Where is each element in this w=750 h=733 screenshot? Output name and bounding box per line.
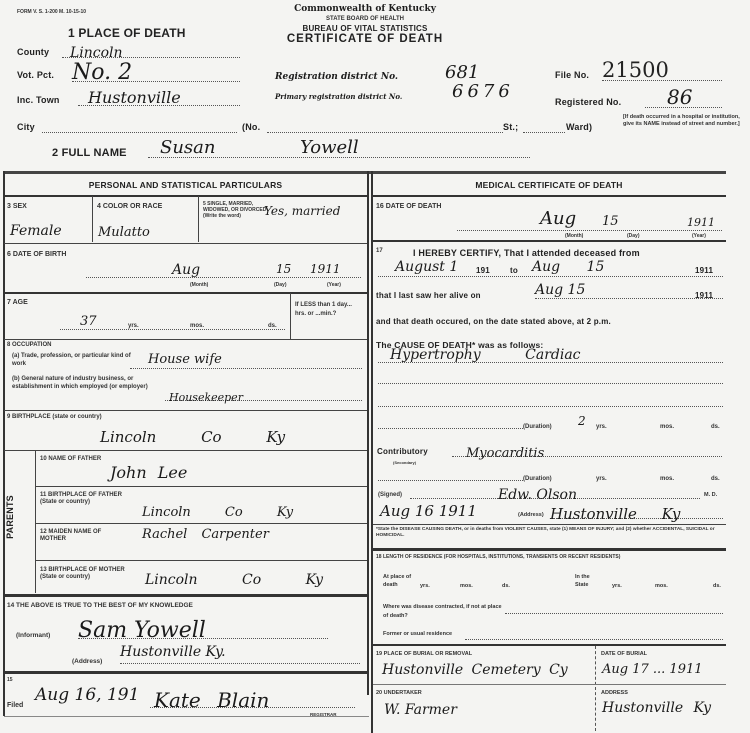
md-label: M. D. — [704, 492, 717, 499]
contributory-field: Myocarditis — [452, 444, 722, 457]
bureau-title: BUREAU OF VITAL STATISTICS — [260, 24, 470, 33]
street-number-label: (No. — [242, 122, 260, 132]
burial-date-value: Aug 17 ... 1911 — [602, 662, 703, 677]
vot-pct-value: No. 2 — [72, 60, 132, 85]
undertaker-label: 20 UNDERTAKER — [376, 690, 422, 697]
signed-address-value: Hustonville Ky — [550, 505, 680, 523]
street-label: St.; — [503, 122, 518, 132]
cause-line-2 — [378, 373, 723, 384]
registrar-signature: Kate Blain — [154, 688, 269, 712]
secondary-label: (Secondary) — [393, 459, 416, 466]
duration-label-1: (Duration) — [523, 424, 552, 431]
burial-place-value: Hustonville Cemetery Cy — [382, 662, 568, 678]
cause-footnote: *State the DISEASE CAUSING DEATH, or in … — [376, 527, 724, 539]
file-no-field: 21500 — [602, 58, 722, 81]
vot-pct-label: Vot. Pct. — [17, 70, 54, 80]
dod-line — [457, 228, 722, 231]
divider — [4, 410, 367, 411]
divider — [4, 292, 367, 294]
duration-yrs-2: yrs. — [596, 476, 607, 483]
cause-line-3 — [378, 396, 723, 407]
primary-district-value: 6676 — [452, 81, 514, 102]
undertaker-address-label: ADDRESS — [601, 690, 628, 697]
undertaker-value: W. Farmer — [384, 702, 457, 718]
occupation-a-value: House wife — [148, 352, 222, 367]
divider — [373, 195, 726, 197]
signed-label: (Signed) — [378, 492, 402, 499]
frame-top-rule — [4, 171, 726, 174]
residence-label: 18 LENGTH OF RESIDENCE (FOR HOSPITALS, I… — [376, 554, 726, 560]
signed-address-label: (Address) — [518, 512, 544, 519]
divider — [290, 293, 291, 339]
dob-day-caption: (Day) — [274, 282, 287, 289]
county-field: Lincoln — [62, 44, 240, 58]
form-number: FORM V. S. 1-200 M. 10-15-10 — [17, 9, 86, 16]
birthplace-label: 9 BIRTHPLACE (state or country) — [7, 414, 107, 421]
residence-yrs-2: yrs. — [612, 583, 622, 590]
father-name-label: 10 NAME OF FATHER — [40, 456, 105, 463]
registered-no-value: 86 — [667, 85, 692, 109]
residence-mos-2: mos. — [655, 583, 668, 590]
burial-date-label: DATE OF BURIAL — [601, 651, 647, 658]
duration-value: 2 — [578, 414, 586, 428]
informant-field: Sam Yowell — [78, 618, 328, 639]
dob-year-caption: (Year) — [327, 282, 341, 289]
divider — [4, 450, 367, 451]
to-label: to — [510, 266, 518, 275]
full-name-label: 2 FULL NAME — [52, 147, 127, 159]
age-value: 37 — [80, 314, 97, 329]
duration-line-1 — [378, 418, 523, 429]
attended-from-year: 191 — [476, 266, 490, 275]
last-saw-date: Aug 15 — [535, 282, 585, 298]
filed-date: Aug 16, 191 — [35, 685, 139, 705]
divider — [198, 196, 199, 242]
residence-ds-2: ds. — [713, 583, 721, 590]
county-value: Lincoln — [70, 45, 123, 61]
birthplace-value: Lincoln Co Ky — [100, 428, 285, 446]
city-label: City — [17, 122, 35, 132]
file-no-value: 21500 — [602, 58, 669, 82]
duration-line-2 — [378, 470, 523, 481]
dob-month-caption: (Month) — [190, 282, 208, 289]
medical-heading: MEDICAL CERTIFICATE OF DEATH — [373, 180, 725, 190]
mother-birthplace-value: Lincoln Co Ky — [145, 572, 323, 588]
frame-left-right-rule — [367, 171, 369, 695]
certify-number: 17 — [376, 248, 383, 255]
divider — [36, 486, 367, 487]
registered-no-label: Registered No. — [555, 97, 621, 107]
age-yrs-caption: yrs. — [128, 323, 139, 330]
occupation-a-label: (a) Trade, profession, or particular kin… — [12, 352, 142, 368]
occupation-a-field: House wife — [130, 350, 362, 369]
dob-year: 1911 — [310, 262, 341, 276]
dod-year: 1911 — [687, 216, 715, 229]
street-field — [267, 122, 503, 133]
mother-name-value: Rachel Carpenter — [142, 527, 269, 542]
place-of-death-heading: 1 PLACE OF DEATH — [68, 26, 186, 40]
dod-month-caption: (Month) — [565, 233, 583, 240]
sex-label: 3 SEX — [7, 203, 27, 210]
residence-yrs-1: yrs. — [420, 583, 430, 590]
cause-value: Hypertrophy Cardiac — [390, 347, 581, 363]
last-saw-year: 1911 — [695, 291, 713, 300]
duration-label-2: (Duration) — [523, 476, 552, 483]
age-label: 7 AGE — [7, 299, 28, 306]
in-state-label: In the State — [575, 573, 597, 589]
divider — [4, 594, 367, 597]
dod-day-caption: (Day) — [627, 233, 640, 240]
burial-place-label: 19 PLACE OF BURIAL OR REMOVAL — [376, 651, 472, 658]
former-residence-label: Former or usual residence — [383, 630, 453, 639]
duration-ds-2: ds. — [711, 476, 720, 483]
contributory-value: Myocarditis — [466, 446, 544, 461]
signed-field: Edw. Olson — [410, 486, 700, 499]
frame-left-rule — [3, 171, 5, 716]
race-label: 4 COLOR OR RACE — [97, 203, 162, 210]
mother-name-label: 12 MAIDEN NAME OF MOTHER — [40, 529, 125, 543]
inc-town-label: Inc. Town — [17, 95, 60, 105]
commonwealth-title: Commonwealth of Kentucky — [260, 4, 470, 14]
inc-town-field: Hustonville — [78, 88, 240, 106]
informant-value: Sam Yowell — [78, 618, 206, 643]
occupation-b-value: Housekeeper — [169, 391, 243, 404]
vot-pct-field: No. 2 — [72, 60, 240, 82]
divider — [4, 671, 367, 674]
dob-month: Aug — [172, 262, 200, 278]
reg-district-value: 681 — [445, 62, 479, 83]
informant-address-field: Hustonville Ky. — [120, 643, 360, 664]
dob-label: 6 DATE OF BIRTH — [7, 251, 66, 258]
ward-field — [523, 122, 565, 133]
contributory-label: Contributory — [377, 447, 428, 456]
divider — [4, 195, 367, 197]
divider — [36, 560, 367, 561]
ward-label: Ward) — [566, 122, 592, 132]
informant-label: (Informant) — [16, 632, 50, 639]
city-field — [42, 122, 237, 133]
father-birthplace-value: Lincoln Co Ky — [142, 505, 293, 520]
dod-year-caption: (Year) — [692, 233, 706, 240]
address-label: (Address) — [72, 658, 102, 665]
residence-ds-1: ds. — [502, 583, 510, 590]
inc-town-value: Hustonville — [88, 88, 181, 107]
divider — [373, 240, 726, 242]
marital-value: Yes, married — [264, 204, 340, 218]
duration-mos-1: mos. — [660, 424, 674, 431]
full-name-first: Susan — [160, 137, 216, 158]
full-name-last: Yowell — [300, 137, 359, 158]
file-no-label: File No. — [555, 70, 589, 80]
father-birthplace-label: 11 BIRTHPLACE OF FATHER (State or countr… — [40, 492, 130, 506]
attended-from: August 1 — [395, 259, 458, 275]
contracted-label: Where was disease contracted, if not at … — [383, 603, 503, 621]
dod-day: 15 — [602, 214, 619, 229]
occupation-b-label: (b) General nature of industry business,… — [12, 375, 167, 391]
reg-district-label: Registration district No. — [275, 72, 398, 82]
registered-no-field: 86 — [645, 85, 722, 108]
dob-day: 15 — [276, 262, 291, 276]
filed-label: Filed — [7, 702, 23, 709]
at-place-label: At place of death — [383, 573, 413, 589]
duration-ds-1: ds. — [711, 424, 720, 431]
signed-address-field: Hustonville Ky — [550, 505, 723, 519]
primary-district-label: Primary registration district No. — [275, 92, 402, 101]
divider — [595, 646, 596, 731]
dod-month: Aug — [540, 208, 576, 229]
duration-mos-2: mos. — [660, 476, 674, 483]
divider — [373, 548, 726, 551]
divider — [36, 523, 367, 524]
registrar-label: REGISTRAR — [310, 711, 337, 718]
personal-heading: PERSONAL AND STATISTICAL PARTICULARS — [4, 180, 367, 190]
attended-to-year: 1911 — [695, 266, 713, 275]
divider — [35, 451, 36, 593]
certificate-title: CERTIFICATE OF DEATH — [260, 33, 470, 45]
divider — [4, 339, 367, 340]
occupation-b-field: Housekeeper — [165, 388, 362, 401]
divider — [92, 196, 93, 242]
board-title: STATE BOARD OF HEALTH — [260, 16, 470, 23]
less-than-day-label: If LESS than 1 day... hrs. or ...min.? — [295, 301, 363, 319]
hospital-note: [If death occurred in a hospital or inst… — [623, 114, 749, 127]
residence-mos-1: mos. — [460, 583, 473, 590]
duration-yrs-1: yrs. — [596, 424, 607, 431]
divider — [373, 644, 726, 646]
race-value: Mulatto — [98, 225, 150, 240]
signed-date: Aug 16 1911 — [380, 502, 477, 520]
last-saw-text: that I last saw her alive on — [376, 291, 481, 300]
divider — [373, 524, 726, 525]
knowledge-label: 14 THE ABOVE IS TRUE TO THE BEST OF MY K… — [7, 602, 193, 609]
certify-text: I HEREBY CERTIFY, That I attended deceas… — [413, 248, 640, 258]
parents-label: PARENTS — [5, 495, 15, 539]
county-label: County — [17, 47, 49, 57]
undertaker-address-value: Hustonville Ky — [602, 700, 711, 716]
title-block: Commonwealth of Kentucky STATE BOARD OF … — [260, 4, 470, 45]
marital-label: 5 SINGLE, MARRIED, WIDOWED, OR DIVORCED … — [203, 201, 271, 219]
dod-label: 16 DATE OF DEATH — [376, 203, 441, 210]
age-mos-caption: mos. — [190, 323, 204, 330]
former-residence-field — [465, 637, 723, 640]
age-ds-caption: ds. — [268, 323, 277, 330]
frame-center-rule — [371, 171, 373, 733]
sex-value: Female — [10, 223, 62, 239]
occurred-text: and that death occured, on the date stat… — [376, 317, 611, 326]
filed-number: 15 — [7, 677, 13, 684]
father-name-value: John Lee — [110, 463, 187, 482]
full-name-field: Susan Yowell — [148, 137, 530, 158]
occupation-label: 8 OCCUPATION — [7, 342, 51, 349]
contracted-field — [505, 611, 723, 614]
attended-to: Aug 15 — [532, 259, 604, 275]
signed-value: Edw. Olson — [498, 487, 577, 503]
mother-birthplace-label: 13 BIRTHPLACE OF MOTHER (State or countr… — [40, 567, 130, 581]
divider — [4, 243, 367, 244]
divider — [373, 684, 726, 685]
informant-address-value: Hustonville Ky. — [120, 644, 226, 660]
registrar-signature-field: Kate Blain — [150, 688, 355, 708]
